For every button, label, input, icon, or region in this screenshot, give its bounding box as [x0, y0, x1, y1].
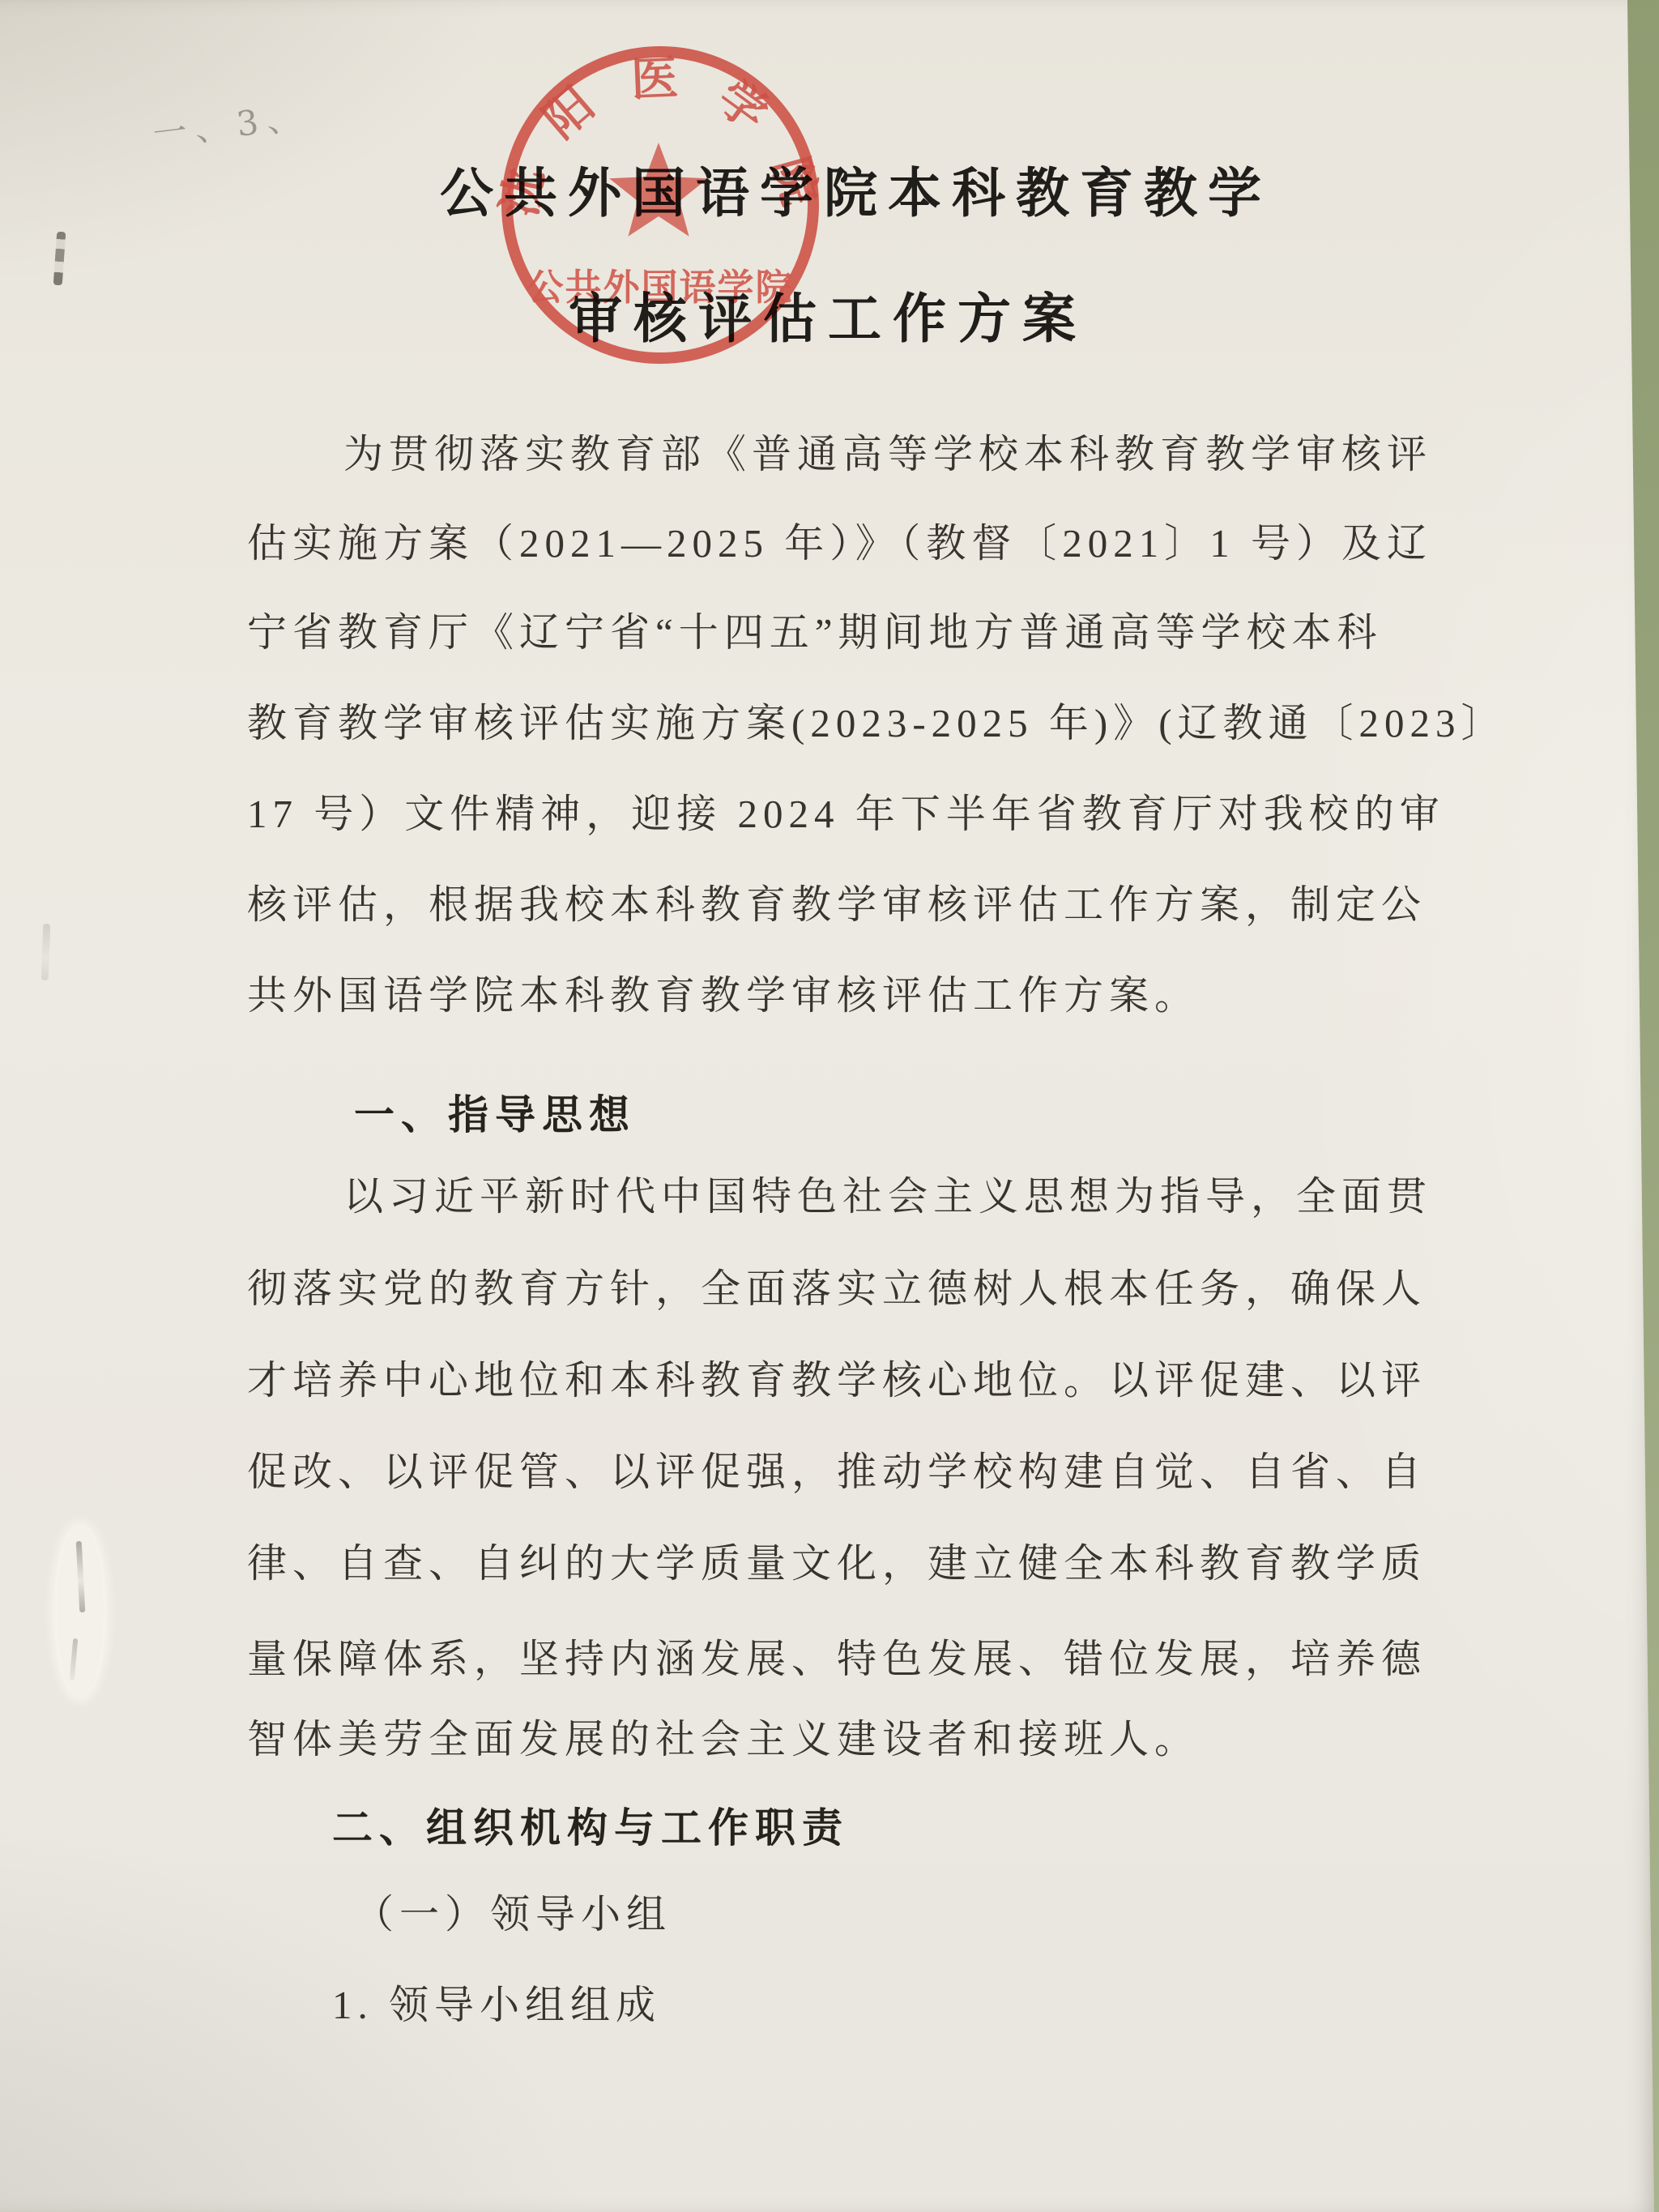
official-seal-stamp: 沈阳医学院 公共外国语学院 [478, 23, 842, 387]
scanned-document-photo: { "page": { "handwritten_mark": "一、3、", … [0, 0, 1659, 2212]
paragraph1-line: 为贯彻落实教育部《普通高等学校本科教育教学审核评 [343, 429, 1432, 479]
paragraph1-line: 估实施方案（2021—2025 年）》（教督〔2021〕1 号）及辽 [247, 519, 1432, 568]
section1-heading: 一、指导思想 [354, 1091, 636, 1139]
seal-center-text: 公共外国语学院 [527, 267, 793, 308]
handwritten-page-mark: 一、3、 [150, 89, 311, 156]
paragraph1-line: 教育教学审核评估实施方案(2023-2025 年)》(辽教通〔2023〕 [247, 698, 1507, 748]
paragraph1-line: 17 号）文件精神，迎接 2024 年下半年省教育厅对我校的审 [247, 789, 1445, 839]
section1-line: 才培养中心地位和本科教育教学核心地位。以评促建、以评 [247, 1356, 1427, 1405]
section1-line: 律、自查、自纠的大学质量文化，建立健全本科教育教学质 [247, 1539, 1427, 1588]
section1-line: 以习近平新时代中国特色社会主义思想为指导，全面贯 [343, 1172, 1432, 1221]
section1-line: 量保障体系，坚持内涵发展、特色发展、错位发展，培养德 [247, 1634, 1427, 1684]
section1-line: 促改、以评促管、以评促强，推动学校构建自觉、自省、自 [247, 1447, 1427, 1497]
seal-graphic: 沈阳医学院 公共外国语学院 [478, 23, 842, 387]
section2-heading: 二、组织机构与工作职责 [332, 1804, 849, 1852]
section1-line: 智体美劳全面发展的社会主义建设者和接班人。 [247, 1715, 1200, 1764]
paragraph1-line: 核评估，根据我校本科教育教学审核评估工作方案，制定公 [247, 880, 1427, 929]
paragraph1-line: 共外国语学院本科教育教学审核评估工作方案。 [247, 971, 1200, 1020]
section1-line: 彻落实党的教育方针，全面落实立德树人根本任务，确保人 [247, 1264, 1427, 1313]
staple-mark [53, 232, 66, 286]
section2-subheading: （一）领导小组 [354, 1890, 672, 1939]
paragraph1-line: 宁省教育厅《辽宁省“十四五”期间地方普通高等学校本科 [247, 608, 1383, 657]
edge-smudge-mark [41, 924, 50, 980]
section2-item1: 1. 领导小组组成 [332, 1980, 661, 2030]
seal-star-icon [609, 143, 708, 237]
